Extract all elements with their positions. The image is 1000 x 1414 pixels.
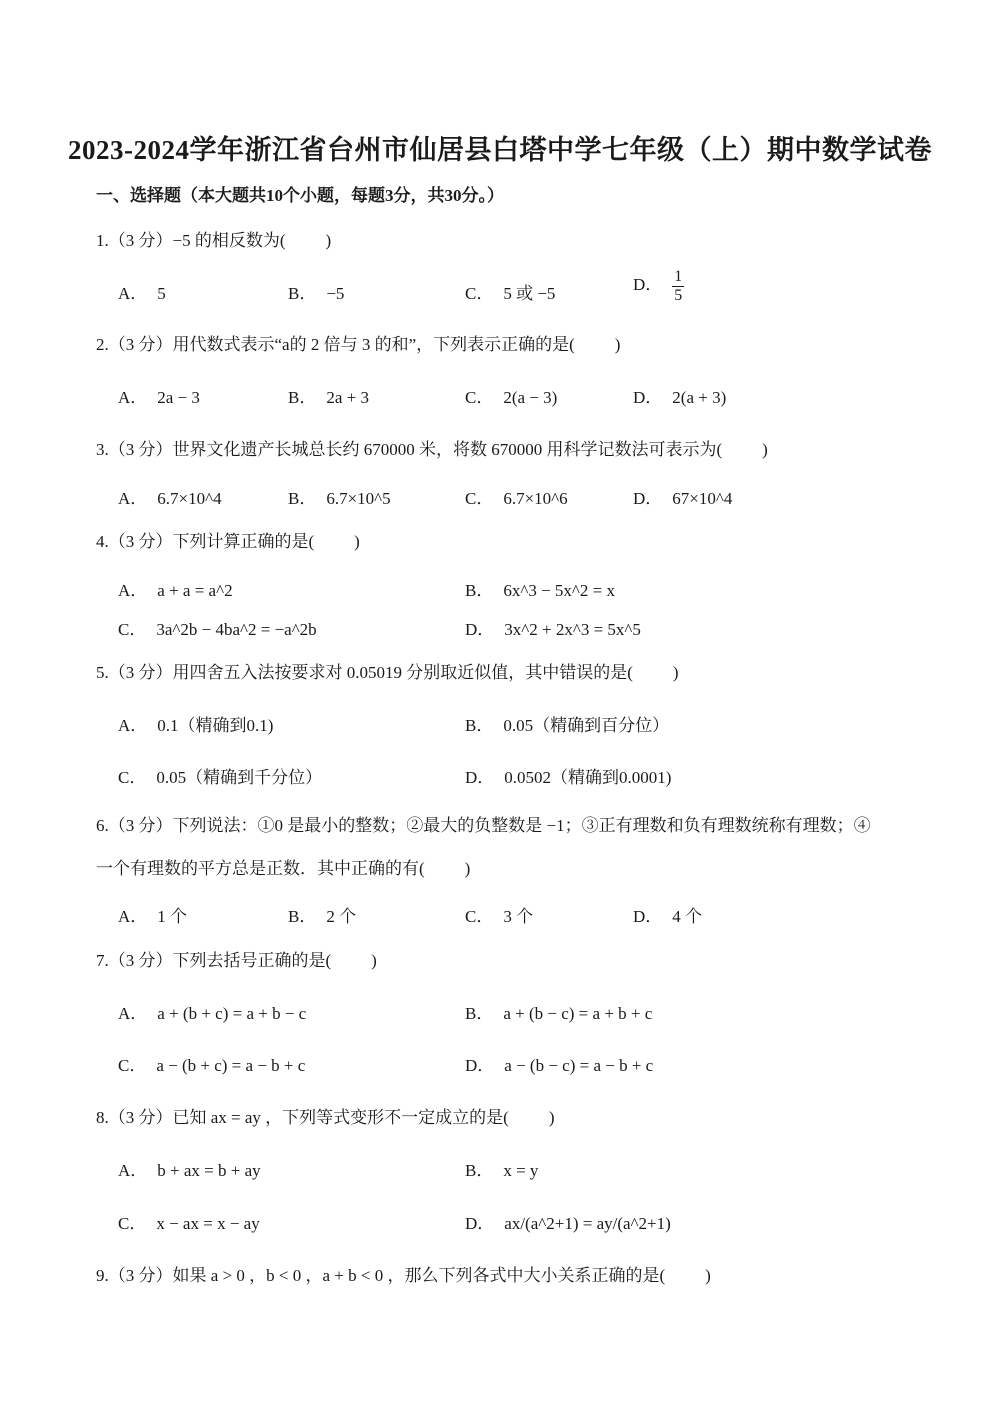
option-value: 3 个	[503, 907, 533, 926]
option-label: C．	[465, 484, 493, 509]
question-3: 3.（3 分）世界文化遗产长城总长约 670000 米，将数 670000 用科…	[96, 435, 768, 460]
question-text: 用代数式表示“a的 2 倍与 3 的和”，下列表示正确的是(	[173, 335, 575, 354]
option-value: 2a + 3	[326, 388, 369, 407]
question-5: 5.（3 分）用四舍五入法按要求对 0.05019 分别取近似值，其中错误的是(…	[96, 658, 679, 683]
option-label: D．	[633, 484, 662, 509]
option-label: C．	[118, 615, 146, 640]
question-text: 用四舍五入法按要求对 0.05019 分别取近似值，其中错误的是(	[173, 663, 633, 682]
q1-option-b[interactable]: B．−5	[288, 279, 344, 304]
question-2: 2.（3 分）用代数式表示“a的 2 倍与 3 的和”，下列表示正确的是()	[96, 330, 620, 355]
q6-option-b[interactable]: B．2 个	[288, 902, 356, 927]
question-points: （3 分）	[109, 816, 173, 835]
q3-option-c[interactable]: C．6.7×10^6	[465, 484, 568, 509]
question-number: 3.	[96, 440, 109, 459]
option-label: D．	[465, 1209, 494, 1234]
option-value: 2a − 3	[157, 388, 200, 407]
close-paren: )	[673, 663, 679, 682]
option-value: a − (b + c) = a − b + c	[156, 1056, 305, 1075]
q5-option-a[interactable]: A．0.1（精确到0.1)	[118, 711, 273, 736]
q6-option-d[interactable]: D．4 个	[633, 902, 702, 927]
question-points: （3 分）	[109, 440, 173, 459]
option-label: C．	[465, 279, 493, 304]
q3-option-d[interactable]: D．67×10^4	[633, 484, 732, 509]
question-points: （3 分）	[109, 951, 173, 970]
q7-option-b[interactable]: B．a + (b − c) = a + b + c	[465, 999, 652, 1024]
question-6: 6.（3 分）下列说法：①0 是最小的整数；②最大的负整数是 −1；③正有理数和…	[96, 811, 871, 836]
question-points: （3 分）	[109, 1266, 173, 1285]
question-4: 4.（3 分）下列计算正确的是()	[96, 527, 360, 552]
question-6-continued: 一个有理数的平方总是正数．其中正确的有()	[96, 854, 470, 879]
option-value: 5	[157, 284, 166, 303]
question-number: 9.	[96, 1266, 109, 1285]
q7-option-d[interactable]: D．a − (b − c) = a − b + c	[465, 1051, 653, 1076]
q4-option-b[interactable]: B．6x^3 − 5x^2 = x	[465, 576, 615, 601]
option-value: a + (b − c) = a + b + c	[503, 1004, 652, 1023]
q4-option-c[interactable]: C．3a^2b − 4ba^2 = −a^2b	[118, 615, 317, 640]
option-value: 3a^2b − 4ba^2 = −a^2b	[156, 620, 316, 639]
option-value: 6.7×10^5	[326, 489, 390, 508]
close-paren: )	[465, 859, 471, 878]
q2-option-c[interactable]: C．2(a − 3)	[465, 383, 557, 408]
option-label: B．	[288, 279, 316, 304]
close-paren: )	[326, 231, 332, 250]
q5-option-d[interactable]: D．0.0502（精确到0.0001)	[465, 763, 671, 788]
option-label: B．	[465, 1156, 493, 1181]
q8-option-c[interactable]: C．x − ax = x − ay	[118, 1209, 260, 1234]
option-label: B．	[288, 383, 316, 408]
q2-option-b[interactable]: B．2a + 3	[288, 383, 369, 408]
option-value: 2(a + 3)	[672, 388, 726, 407]
option-label: C．	[118, 1209, 146, 1234]
question-number: 1.	[96, 231, 109, 250]
q4-option-a[interactable]: A．a + a = a^2	[118, 576, 233, 601]
option-value: b + ax = b + ay	[157, 1161, 260, 1180]
question-text: 已知 ax = ay ，下列等式变形不一定成立的是(	[173, 1108, 509, 1127]
q4-option-d[interactable]: D．3x^2 + 2x^3 = 5x^5	[465, 615, 641, 640]
q1-option-c[interactable]: C．5 或 −5	[465, 279, 555, 304]
question-points: （3 分）	[109, 663, 173, 682]
question-points: （3 分）	[109, 335, 173, 354]
question-text: 下列计算正确的是(	[173, 532, 315, 551]
option-label: D．	[633, 270, 662, 295]
option-label: A．	[118, 279, 147, 304]
close-paren: )	[354, 532, 360, 551]
option-label: C．	[465, 902, 493, 927]
option-value: a + (b + c) = a + b − c	[157, 1004, 306, 1023]
question-number: 4.	[96, 532, 109, 551]
option-value: x = y	[503, 1161, 538, 1180]
question-number: 5.	[96, 663, 109, 682]
option-value: 0.05（精确到百分位）	[503, 716, 669, 735]
option-value: 1 个	[157, 907, 187, 926]
option-value: 5 或 −5	[503, 284, 555, 303]
option-value: 2(a − 3)	[503, 388, 557, 407]
question-text: 下列说法：①0 是最小的整数；②最大的负整数是 −1；③正有理数和负有理数统称有…	[173, 816, 871, 835]
q3-option-a[interactable]: A．6.7×10^4	[118, 484, 222, 509]
option-value: a − (b − c) = a − b + c	[504, 1056, 653, 1075]
option-value: 3x^2 + 2x^3 = 5x^5	[504, 620, 641, 639]
close-paren: )	[705, 1266, 711, 1285]
option-label: A．	[118, 902, 147, 927]
question-number: 2.	[96, 335, 109, 354]
option-label: B．	[465, 999, 493, 1024]
close-paren: )	[762, 440, 768, 459]
close-paren: )	[615, 335, 621, 354]
question-text: 一个有理数的平方总是正数．其中正确的有(	[96, 859, 425, 878]
option-label: A．	[118, 1156, 147, 1181]
q2-option-d[interactable]: D．2(a + 3)	[633, 383, 726, 408]
option-value: 0.0502（精确到0.0001)	[504, 768, 671, 787]
option-label: D．	[633, 902, 662, 927]
question-7: 7.（3 分）下列去括号正确的是()	[96, 946, 377, 971]
q8-option-d[interactable]: D．ax/(a^2+1) = ay/(a^2+1)	[465, 1209, 671, 1234]
q5-option-c[interactable]: C．0.05（精确到千分位）	[118, 763, 322, 788]
question-points: （3 分）	[109, 231, 173, 250]
option-value: 4 个	[672, 907, 702, 926]
option-label: C．	[465, 383, 493, 408]
fraction: 15	[672, 268, 684, 305]
q7-option-a[interactable]: A．a + (b + c) = a + b − c	[118, 999, 306, 1024]
exam-title: 2023-2024学年浙江省台州市仙居县白塔中学七年级（上）期中数学试卷	[0, 128, 1000, 167]
q7-option-c[interactable]: C．a − (b + c) = a − b + c	[118, 1051, 305, 1076]
question-text: 下列去括号正确的是(	[173, 951, 332, 970]
q8-option-a[interactable]: A．b + ax = b + ay	[118, 1156, 261, 1181]
close-paren: )	[549, 1108, 555, 1127]
option-label: C．	[118, 763, 146, 788]
question-text: −5 的相反数为(	[173, 231, 286, 250]
question-9: 9.（3 分）如果 a > 0 ，b < 0 ，a + b < 0 ，那么下列各…	[96, 1261, 711, 1286]
option-value: x − ax = x − ay	[156, 1214, 259, 1233]
option-label: B．	[288, 484, 316, 509]
close-paren: )	[371, 951, 377, 970]
option-label: D．	[465, 763, 494, 788]
option-label: B．	[288, 902, 316, 927]
q1-option-a[interactable]: A．5	[118, 279, 166, 304]
q6-option-c[interactable]: C．3 个	[465, 902, 533, 927]
option-value: 6.7×10^6	[503, 489, 567, 508]
option-value: 67×10^4	[672, 489, 732, 508]
option-value: 6x^3 − 5x^2 = x	[503, 581, 615, 600]
numerator: 1	[672, 268, 684, 287]
q8-option-b[interactable]: B．x = y	[465, 1156, 538, 1181]
question-number: 6.	[96, 816, 109, 835]
question-points: （3 分）	[109, 1108, 173, 1127]
option-label: A．	[118, 576, 147, 601]
option-value: −5	[326, 284, 344, 303]
option-value: 0.05（精确到千分位）	[156, 768, 322, 787]
option-value: a + a = a^2	[157, 581, 232, 600]
option-label: D．	[633, 383, 662, 408]
question-number: 8.	[96, 1108, 109, 1127]
q2-option-a[interactable]: A．2a − 3	[118, 383, 200, 408]
option-label: B．	[465, 711, 493, 736]
q6-option-a[interactable]: A．1 个	[118, 902, 187, 927]
option-label: A．	[118, 711, 147, 736]
question-1: 1.（3 分）−5 的相反数为()	[96, 226, 331, 251]
option-value: 0.1（精确到0.1)	[157, 716, 273, 735]
option-label: A．	[118, 383, 147, 408]
question-points: （3 分）	[109, 532, 173, 551]
option-label: C．	[118, 1051, 146, 1076]
option-value: 2 个	[326, 907, 356, 926]
question-8: 8.（3 分）已知 ax = ay ，下列等式变形不一定成立的是()	[96, 1103, 555, 1128]
option-value: ax/(a^2+1) = ay/(a^2+1)	[504, 1214, 671, 1233]
question-number: 7.	[96, 951, 109, 970]
denominator: 5	[672, 287, 684, 305]
option-label: B．	[465, 576, 493, 601]
section-heading: 一、选择题（本大题共10个小题，每题3分，共30分。）	[96, 181, 504, 206]
q5-option-b[interactable]: B．0.05（精确到百分位）	[465, 711, 669, 736]
option-label: A．	[118, 999, 147, 1024]
q3-option-b[interactable]: B．6.7×10^5	[288, 484, 391, 509]
question-text: 世界文化遗产长城总长约 670000 米，将数 670000 用科学记数法可表示…	[173, 440, 723, 459]
option-value: 6.7×10^4	[157, 489, 221, 508]
question-text: 如果 a > 0 ，b < 0 ，a + b < 0 ，那么下列各式中大小关系正…	[173, 1266, 666, 1285]
option-label: A．	[118, 484, 147, 509]
option-label: D．	[465, 615, 494, 640]
option-label: D．	[465, 1051, 494, 1076]
q1-option-d[interactable]: D．15	[633, 268, 684, 305]
